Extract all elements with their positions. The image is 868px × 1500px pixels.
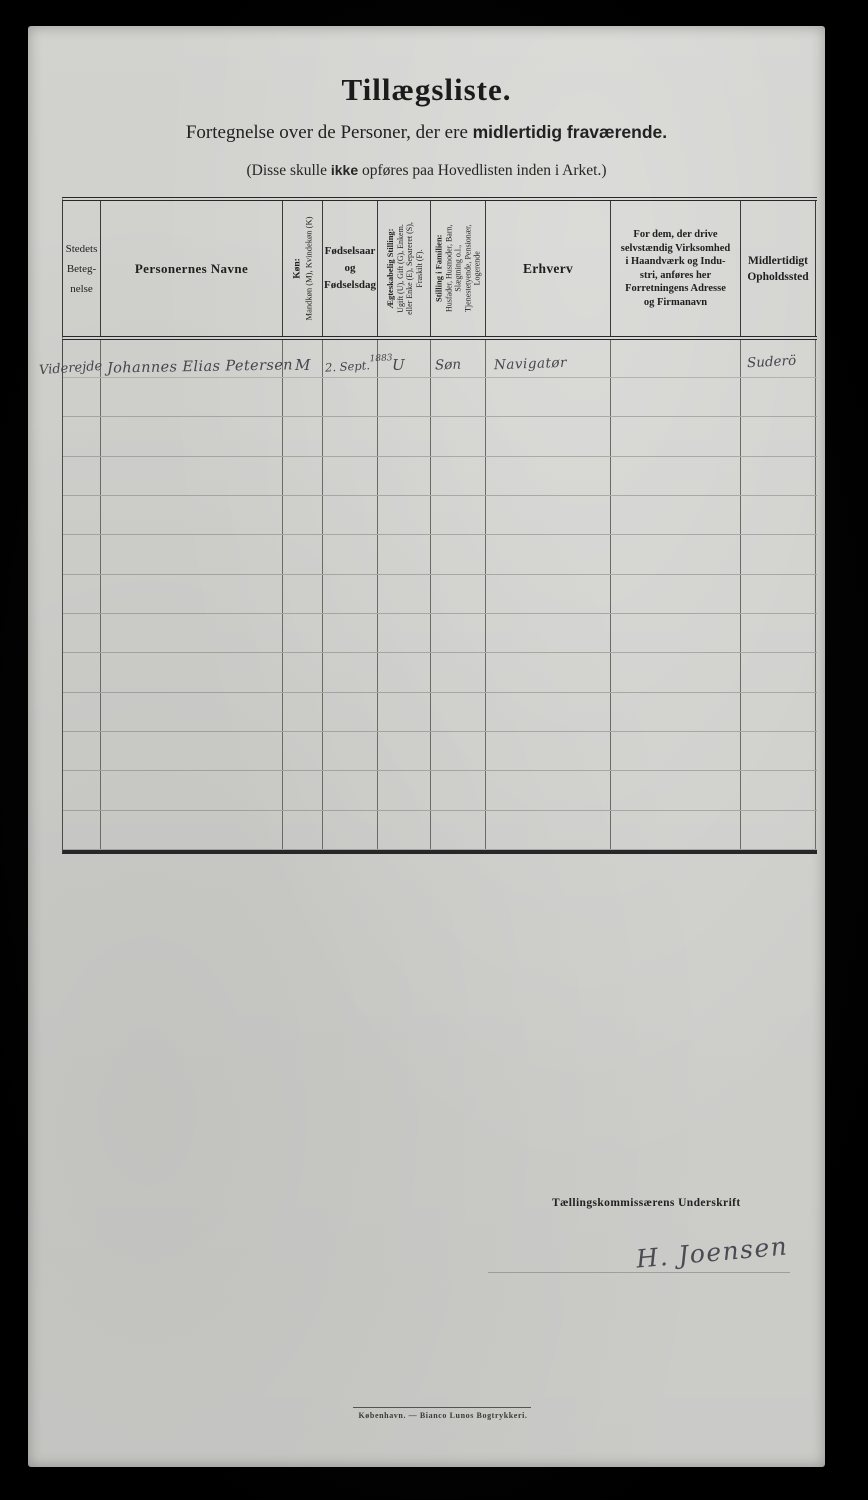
table-row [63,693,817,732]
handwritten-place: Viderejde [39,359,103,378]
empty-cell [611,653,741,691]
table-row [63,378,817,417]
empty-cell [283,575,323,613]
empty-cell [741,457,816,495]
empty-cell [741,378,816,416]
empty-cell [323,457,378,495]
cell-business [611,340,741,377]
note-suffix: opføres paa Hovedlisten inden i Arket.) [358,162,606,179]
empty-cell [611,378,741,416]
empty-cell [323,614,378,652]
empty-cell [378,771,431,809]
empty-cell [63,693,101,731]
empty-cell [101,732,283,770]
empty-cell [283,653,323,691]
empty-cell [378,535,431,573]
empty-cell [378,732,431,770]
empty-cell [611,496,741,534]
printer-imprint: København. — Bianco Lunos Bogtrykkeri. [253,1411,633,1420]
empty-cell [431,378,486,416]
empty-cell [611,457,741,495]
handwritten-marital-status: U [392,356,405,374]
table-row [63,575,817,614]
header-name: Personernes Navne [101,201,283,336]
empty-cell [741,535,816,573]
empty-cell [431,811,486,849]
handwritten-name: Johannes Elias Petersen [107,357,293,376]
table-row: Viderejde Johannes Elias Petersen M 2. S… [63,340,817,378]
empty-cell [378,614,431,652]
empty-cell [741,732,816,770]
empty-cell [63,575,101,613]
empty-cell [486,811,611,849]
empty-cell [283,535,323,573]
empty-cell [611,535,741,573]
table-row [63,771,817,810]
handwritten-occupation: Navigatør [494,355,568,374]
handwritten-sex: M [295,356,310,374]
empty-cell [101,457,283,495]
empty-cell [101,811,283,849]
empty-cell [101,693,283,731]
empty-cell [486,457,611,495]
empty-cell [283,496,323,534]
empty-cell [486,614,611,652]
empty-cell [283,417,323,455]
header-family-position: Stilling i Familien: Husfader, Husmoder,… [431,201,486,336]
empty-cell [431,732,486,770]
handwritten-whereabouts: Suderö [747,353,797,372]
empty-cell [486,732,611,770]
empty-cell [486,378,611,416]
cell-whereabouts: Suderö [741,340,816,377]
empty-cell [431,575,486,613]
empty-cell [741,575,816,613]
table-row [63,614,817,653]
table-row [63,496,817,535]
empty-cell [323,653,378,691]
note-prefix: (Disse skulle [246,162,330,179]
empty-cell [378,653,431,691]
empty-cell [486,417,611,455]
cell-family: Søn [431,340,486,377]
empty-cell [63,614,101,652]
empty-cell [323,575,378,613]
empty-cell [101,535,283,573]
header-sex: Køn: Mandkøn (M), Kvindekøn (K) [283,201,323,336]
empty-cell [486,653,611,691]
empty-cell [378,496,431,534]
empty-cell [741,614,816,652]
empty-cell [741,417,816,455]
rotated-header-family: Stilling i Familien: Husfader, Husmoder,… [434,225,483,313]
empty-cell [63,457,101,495]
empty-cell [486,535,611,573]
empty-cell [378,378,431,416]
header-place: Stedets Beteg- nelse [63,201,101,336]
empty-cell [283,771,323,809]
empty-cell [63,811,101,849]
header-birth: Fødselsaar og Fødselsdag [323,201,378,336]
empty-cell [101,771,283,809]
empty-cell [378,693,431,731]
handwritten-family-position: Søn [435,357,462,374]
empty-cell [323,378,378,416]
signature-label: Tællingskommissærens Underskrift [552,1197,741,1209]
table-row [63,653,817,692]
table-row [63,457,817,496]
imprint-rule [353,1407,531,1408]
subtitle-text: Fortegnelse over de Personer, der ere [186,122,473,143]
empty-cell [323,771,378,809]
cell-name: Johannes Elias Petersen [101,340,283,377]
empty-cell [323,732,378,770]
empty-cell [611,575,741,613]
empty-cell [323,535,378,573]
empty-cell [378,811,431,849]
subtitle-bold-text: midlertidig fraværende. [473,122,668,142]
empty-cell [486,496,611,534]
empty-cell [63,378,101,416]
empty-cell [378,457,431,495]
empty-cell [283,378,323,416]
empty-cell [283,693,323,731]
empty-cell [741,496,816,534]
empty-cell [323,693,378,731]
table-header-row: Stedets Beteg- nelse Personernes Navne K… [62,197,817,340]
empty-cell [63,771,101,809]
empty-cell [611,811,741,849]
empty-cell [741,653,816,691]
empty-cell [431,614,486,652]
empty-cell [323,811,378,849]
cell-occupation: Navigatør [486,340,611,377]
empty-cell [611,732,741,770]
empty-cell [323,417,378,455]
empty-cell [323,496,378,534]
document-page: Tillægsliste. Fortegnelse over de Person… [28,26,825,1467]
empty-cell [101,614,283,652]
empty-cell [378,417,431,455]
rotated-header-sex: Køn: Mandkøn (M), Kvindekøn (K) [291,217,314,321]
table-row [63,535,817,574]
empty-cell [101,378,283,416]
empty-cell [101,653,283,691]
empty-cell [741,811,816,849]
empty-cell [431,771,486,809]
page-note: (Disse skulle ikke opføres paa Hovedlist… [28,162,825,180]
empty-cell [611,693,741,731]
empty-cell [611,417,741,455]
empty-cell [101,496,283,534]
table-row [63,417,817,456]
cell-sex: M [283,340,323,377]
empty-cell [486,575,611,613]
empty-cell [63,535,101,573]
table-row [63,732,817,771]
header-temporary-residence: Midlertidigt Opholdssted [741,201,816,336]
empty-cell [283,614,323,652]
scan-background: Tillægsliste. Fortegnelse over de Person… [0,0,868,1500]
empty-cell [611,771,741,809]
rotated-header-marital: Ægteskabelig Stilling: Ugift (U), Gift (… [385,222,424,315]
empty-cell [283,457,323,495]
table-row [63,811,817,850]
empty-cell [63,496,101,534]
empty-cell [611,614,741,652]
empty-cell [741,693,816,731]
empty-cell [431,496,486,534]
empty-cell [486,693,611,731]
cell-place: Viderejde [63,340,101,377]
table-body: Viderejde Johannes Elias Petersen M 2. S… [62,340,817,854]
empty-cell [378,575,431,613]
empty-cell [486,771,611,809]
header-business-address: For dem, der drive selvstændig Virksomhe… [611,201,741,336]
empty-cell [63,653,101,691]
empty-cell [283,732,323,770]
empty-cell [101,417,283,455]
empty-cell [431,653,486,691]
header-occupation: Erhverv [486,201,611,336]
cell-marital: U [378,340,431,377]
empty-cell [283,811,323,849]
empty-rows-container [63,378,817,850]
note-bold-text: ikke [331,162,358,178]
empty-cell [63,417,101,455]
empty-cell [101,575,283,613]
empty-cell [431,417,486,455]
page-title: Tillægsliste. [28,72,825,108]
empty-cell [63,732,101,770]
empty-cell [431,693,486,731]
cell-birth: 2. Sept.1883 [323,340,378,377]
empty-cell [741,771,816,809]
handwritten-signature: H. Joensen [635,1231,789,1273]
census-table: Stedets Beteg- nelse Personernes Navne K… [62,197,817,854]
empty-cell [431,535,486,573]
header-marital-status: Ægteskabelig Stilling: Ugift (U), Gift (… [378,201,431,336]
empty-cell [431,457,486,495]
page-subtitle: Fortegnelse over de Personer, der ere mi… [28,122,825,144]
